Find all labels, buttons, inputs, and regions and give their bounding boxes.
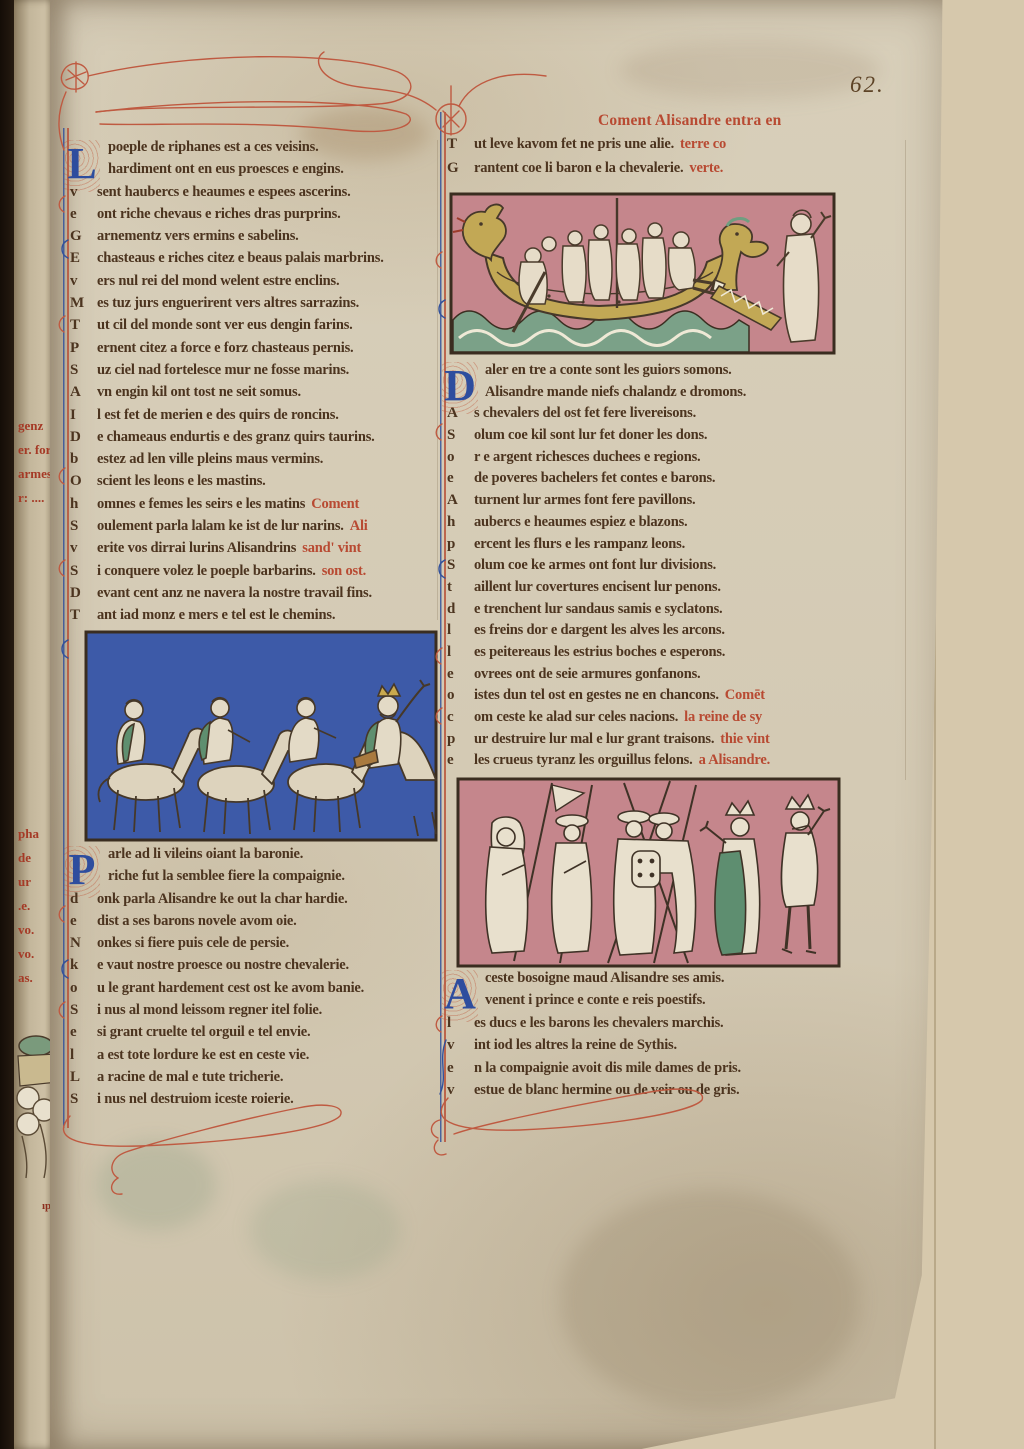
verse-line: v erite vos dirrai lurins Alisandrins sa…: [70, 540, 390, 562]
line-initial: T: [70, 317, 97, 334]
line-text: rantent coe li baron e la chevalerie.: [474, 160, 683, 177]
line-text: scient les leons e les mastins.: [97, 473, 266, 490]
line-rubric: Coment: [311, 496, 359, 513]
verse-line: o istes dun tel ost en gestes ne en chan…: [447, 687, 770, 709]
line-initial: l: [70, 1047, 97, 1064]
line-text: e chameaus endurtis e des granz quirs ta…: [97, 429, 375, 446]
verse-line: p ur destruire lur mal e lur grant trais…: [447, 731, 770, 753]
line-text: n la compaignie avoit dis mile dames de …: [474, 1060, 741, 1077]
line-rubric: son ost.: [322, 563, 366, 580]
line-initial: M: [70, 295, 97, 312]
line-initial: h: [447, 514, 474, 531]
verse-line: ceste bosoigne maud Alisandre ses amis.: [485, 970, 747, 992]
line-text: aubercs e heaumes espiez e blazons.: [474, 514, 687, 531]
line-text: ernent citez a force e forz chasteaus pe…: [97, 340, 353, 357]
line-text: l est fet de merien e des quirs de ronci…: [97, 407, 339, 424]
line-initial: v: [70, 540, 97, 557]
verse-line: l es peitereaus les estrius boches e esp…: [447, 644, 770, 666]
stain: [250, 1180, 400, 1280]
verse-line: e n la compaignie avoit dis mile dames d…: [447, 1060, 747, 1082]
margin-fragment-tiny: ıp: [42, 1200, 51, 1212]
line-initial: e: [447, 666, 474, 683]
line-initial: o: [447, 687, 474, 704]
verse-line: p ercent les flurs e les rampanz leons.: [447, 536, 770, 558]
line-text: poeple de riphanes est a ces veisins.: [108, 139, 319, 156]
miniature-queen-of-scythia: [456, 777, 841, 968]
verse-line: l es freins dor e dargent les alves les …: [447, 622, 770, 644]
verse-line: Alisandre mande niefs chalandz e dromons…: [485, 384, 770, 406]
verse-line: e les crueus tyranz les orguillus felons…: [447, 752, 770, 774]
line-initial: k: [70, 957, 97, 974]
line-initial: v: [447, 1082, 474, 1099]
verse-line: k e vaut nostre proesce ou nostre cheval…: [70, 957, 370, 979]
miniature-horsemen: [84, 630, 438, 842]
line-rubric: thie vint: [720, 731, 769, 748]
line-initial: t: [447, 579, 474, 596]
line-text: es tuz jurs enguerirent vers altres sarr…: [97, 295, 359, 312]
verse-line: l a est tote lordure ke est en ceste vie…: [70, 1047, 370, 1069]
line-initial: v: [70, 273, 97, 290]
verse-line: b estez ad len ville pleins maus vermins…: [70, 451, 390, 473]
line-initial: S: [70, 1091, 97, 1108]
verse-line: S i nus nel destruiom iceste roierie.: [70, 1091, 370, 1113]
line-text: om ceste ke alad sur celes nacions.: [474, 709, 678, 726]
line-initial: D: [70, 585, 97, 602]
verse-line: D e chameaus endurtis e des granz quirs …: [70, 429, 390, 451]
verse-line: arle ad li vileins oiant la baronie.: [108, 846, 370, 868]
line-text: a racine de mal e tute tricherie.: [97, 1069, 283, 1086]
verse-line: A s chevalers del ost fet fere livereiso…: [447, 405, 770, 427]
line-text: olum coe ke armes ont font lur divisions…: [474, 557, 716, 574]
line-initial: L: [70, 1069, 97, 1086]
line-text: onk parla Alisandre ke out la char hardi…: [97, 891, 348, 908]
line-text: es peitereaus les estrius boches e esper…: [474, 644, 725, 661]
line-initial: e: [70, 1024, 97, 1041]
line-rubric: a Alisandre.: [699, 752, 770, 769]
line-text: ercent les flurs e les rampanz leons.: [474, 536, 685, 553]
line-initial: d: [447, 601, 474, 618]
verse-line: h omnes e femes les seirs e les matins C…: [70, 496, 390, 518]
line-initial: O: [70, 473, 97, 490]
line-text: i conquere volez le poeple barbarins.: [97, 563, 316, 580]
line-initial: e: [447, 752, 474, 769]
verse-line: d onk parla Alisandre ke out la char har…: [70, 891, 370, 913]
line-text: arnementz vers ermins e sabelins.: [97, 228, 299, 245]
line-initial: T: [447, 136, 474, 153]
line-text: i nus al mond leissom regner itel folie.: [97, 1002, 322, 1019]
verse-line: S oulement parla lalam ke ist de lur nar…: [70, 518, 390, 540]
verse-line: S i conquere volez le poeple barbarins. …: [70, 563, 390, 585]
verse-line: G rantent coe li baron e la chevalerie. …: [447, 160, 726, 184]
verse-line: S olum coe kil sont lur fet doner les do…: [447, 427, 770, 449]
line-initial: S: [70, 563, 97, 580]
line-initial: A: [447, 405, 474, 422]
line-initial: l: [447, 1015, 474, 1032]
line-text: uz ciel nad fortelesce mur ne fosse mari…: [97, 362, 349, 379]
verse-line: poeple de riphanes est a ces veisins.: [108, 139, 390, 161]
line-text: vn engin kil ont tost ne seit somus.: [97, 384, 301, 401]
line-initial: A: [447, 492, 474, 509]
column-guide: [905, 140, 906, 780]
verse-block-left-2: arle ad li vileins oiant la baronie. ric…: [70, 846, 370, 1114]
line-initial: G: [447, 160, 474, 177]
line-initial: S: [70, 1002, 97, 1019]
stain: [560, 1190, 860, 1410]
line-text: ur destruire lur mal e lur grant traison…: [474, 731, 714, 748]
stain: [620, 40, 880, 100]
line-initial: e: [70, 913, 97, 930]
verse-line: S i nus al mond leissom regner itel foli…: [70, 1002, 370, 1024]
verse-line: S uz ciel nad fortelesce mur ne fosse ma…: [70, 362, 390, 384]
line-text: ovrees ont de seie armures gonfanons.: [474, 666, 700, 683]
verse-line: o r e argent richesces duchees e regions…: [447, 449, 770, 471]
line-initial: S: [447, 427, 474, 444]
lady-with-pennon: [486, 817, 528, 953]
line-text: ant iad monz e mers e tel est le chemins…: [97, 607, 335, 624]
line-text: e vaut nostre proesce ou nostre chevaler…: [97, 957, 349, 974]
verse-line: e dist a ses barons novele avom oie.: [70, 913, 370, 935]
verse-line: I l est fet de merien e des quirs de ron…: [70, 407, 390, 429]
line-text: erite vos dirrai lurins Alisandrins: [97, 540, 296, 557]
line-initial: c: [447, 709, 474, 726]
verse-line: venent i prince e conte e reis poestifs.: [485, 992, 747, 1014]
verse-line: c om ceste ke alad sur celes nacions. la…: [447, 709, 770, 731]
line-text: sent haubercs e heaumes e espees ascerin…: [97, 184, 351, 201]
line-text: ut cil del monde sont ver eus dengin far…: [97, 317, 353, 334]
verse-line: M es tuz jurs enguerirent vers altres sa…: [70, 295, 390, 317]
line-text: aillent lur covertures encisent lur peno…: [474, 579, 721, 596]
verse-line: T ut leve kavom fet ne pris une alie. te…: [447, 136, 726, 160]
line-initial: l: [447, 644, 474, 661]
verse-line: N onkes si fiere puis cele de persie.: [70, 935, 370, 957]
line-rubric: terre co: [680, 136, 726, 153]
verse-line: L a racine de mal e tute tricherie.: [70, 1069, 370, 1091]
stain: [96, 1140, 216, 1230]
line-text: evant cent anz ne navera la nostre trava…: [97, 585, 372, 602]
line-text: ont riche chevaus e riches dras purprins…: [97, 206, 341, 223]
line-initial: S: [70, 518, 97, 535]
verse-line: o u le grant hardement cest ost ke avom …: [70, 980, 370, 1002]
line-initial: p: [447, 536, 474, 553]
line-initial: e: [447, 470, 474, 487]
line-initial: d: [70, 891, 97, 908]
line-text: es freins dor e dargent les alves les ar…: [474, 622, 725, 639]
left-column-ruling: [63, 128, 69, 1128]
line-text: arle ad li vileins oiant la baronie.: [108, 846, 303, 863]
line-text: int iod les altres la reine de Sythis.: [474, 1037, 677, 1054]
manuscript-page-scan: genzer. forarmesr: .... phadeur.e.vo.vo.…: [0, 0, 1024, 1449]
line-initial: l: [447, 622, 474, 639]
line-initial: N: [70, 935, 97, 952]
verse-line: A turnent lur armes font fere pavillons.: [447, 492, 770, 514]
line-text: r e argent richesces duchees e regions.: [474, 449, 700, 466]
line-text: hardiment ont en eus proesces e engins.: [108, 161, 344, 178]
miniature-ship-scene: [449, 192, 836, 355]
line-rubric: la reine de sy: [684, 709, 762, 726]
line-text: Alisandre mande niefs chalandz e dromons…: [485, 384, 746, 401]
line-text: si grant cruelte tel orguil e tel envie.: [97, 1024, 310, 1041]
line-initial: D: [70, 429, 97, 446]
line-text: omnes e femes les seirs e les matins: [97, 496, 305, 513]
line-text: dist a ses barons novele avom oie.: [97, 913, 297, 930]
line-initial: e: [70, 206, 97, 223]
line-initial: p: [447, 731, 474, 748]
line-text: estez ad len ville pleins maus vermins.: [97, 451, 323, 468]
line-text: olum coe kil sont lur fet doner les dons…: [474, 427, 707, 444]
line-text: estue de blanc hermine ou de veir ou de …: [474, 1082, 739, 1099]
verse-line: E chasteaus e riches citez e beaus palai…: [70, 250, 390, 272]
verse-line: v sent haubercs e heaumes e espees ascer…: [70, 184, 390, 206]
verse-line: v int iod les altres la reine de Sythis.: [447, 1037, 747, 1059]
line-text: venent i prince e conte e reis poestifs.: [485, 992, 705, 1009]
verse-line: e si grant cruelte tel orguil e tel envi…: [70, 1024, 370, 1046]
line-text: e trenchent lur sandaus samis e syclaton…: [474, 601, 722, 618]
verse-line: t aillent lur covertures encisent lur pe…: [447, 579, 770, 601]
column-guide: [437, 140, 438, 620]
line-text: onkes si fiere puis cele de persie.: [97, 935, 289, 952]
verse-line: S olum coe ke armes ont font lur divisio…: [447, 557, 770, 579]
line-text: de poveres bachelers fet contes e barons…: [474, 470, 715, 487]
verse-line: P ernent citez a force e forz chasteaus …: [70, 340, 390, 362]
line-initial: T: [70, 607, 97, 624]
verse-line: aler en tre a conte sont les guiors somo…: [485, 362, 770, 384]
line-text: turnent lur armes font fere pavillons.: [474, 492, 695, 509]
verse-line: riche fut la semblee fiere la compaignie…: [108, 868, 370, 890]
line-text: es ducs e les barons les chevalers march…: [474, 1015, 723, 1032]
verse-line: hardiment ont en eus proesces e engins.: [108, 161, 390, 183]
verse-line: h aubercs e heaumes espiez e blazons.: [447, 514, 770, 536]
chapter-rubric: Coment Alisandre entra en: [598, 112, 781, 130]
line-initial: v: [447, 1037, 474, 1054]
line-rubric: sand' vint: [302, 540, 361, 557]
line-text: ceste bosoigne maud Alisandre ses amis.: [485, 970, 724, 987]
line-text: oulement parla lalam ke ist de lur narin…: [97, 518, 344, 535]
line-rubric: Ali: [350, 518, 368, 535]
line-text: les crueus tyranz les orguillus felons.: [474, 752, 693, 769]
line-initial: S: [70, 362, 97, 379]
verse-block-left-1: poeple de riphanes est a ces veisins. ha…: [70, 139, 390, 630]
line-initial: E: [70, 250, 97, 267]
line-text: ers nul rei del mond welent estre enclin…: [97, 273, 339, 290]
verse-line: G arnementz vers ermins e sabelins.: [70, 228, 390, 250]
line-rubric: verte.: [689, 160, 723, 177]
line-text: i nus nel destruiom iceste roierie.: [97, 1091, 294, 1108]
line-text: u le grant hardement cest ost ke avom ba…: [97, 980, 364, 997]
verse-line: T ant iad monz e mers e tel est le chemi…: [70, 607, 390, 629]
line-initial: b: [70, 451, 97, 468]
verse-line: T ut cil del monde sont ver eus dengin f…: [70, 317, 390, 339]
line-initial: I: [70, 407, 97, 424]
line-text: ut leve kavom fet ne pris une alie.: [474, 136, 674, 153]
verse-block-right-3: ceste bosoigne maud Alisandre ses amis. …: [447, 970, 747, 1104]
verse-line: A vn engin kil ont tost ne seit somus.: [70, 384, 390, 406]
folio-number: 62.: [850, 72, 885, 98]
verse-line: D evant cent anz ne navera la nostre tra…: [70, 585, 390, 607]
line-initial: P: [70, 340, 97, 357]
line-initial: h: [70, 496, 97, 513]
verse-line: e ont riche chevaus e riches dras purpri…: [70, 206, 390, 228]
line-text: s chevalers del ost fet fere livereisons…: [474, 405, 696, 422]
line-text: istes dun tel ost en gestes ne en chanco…: [474, 687, 719, 704]
verse-block-right-2: aler en tre a conte sont les guiors somo…: [447, 362, 770, 774]
line-initial: A: [70, 384, 97, 401]
verse-block-right-1: T ut leve kavom fet ne pris une alie. te…: [447, 136, 726, 183]
verse-line: v ers nul rei del mond welent estre encl…: [70, 273, 390, 295]
line-initial: S: [447, 557, 474, 574]
line-text: a est tote lordure ke est en ceste vie.: [97, 1047, 309, 1064]
verse-line: d e trenchent lur sandaus samis e syclat…: [447, 601, 770, 623]
verse-line: O scient les leons e les mastins.: [70, 473, 390, 495]
line-initial: o: [447, 449, 474, 466]
line-initial: o: [70, 980, 97, 997]
line-initial: v: [70, 184, 97, 201]
verse-line: e de poveres bachelers fet contes e baro…: [447, 470, 770, 492]
line-initial: e: [447, 1060, 474, 1077]
line-rubric: Comēt: [725, 687, 765, 704]
verse-line: v estue de blanc hermine ou de veir ou d…: [447, 1082, 747, 1104]
verse-line: e ovrees ont de seie armures gonfanons.: [447, 666, 770, 688]
verse-line: l es ducs e les barons les chevalers mar…: [447, 1015, 747, 1037]
line-initial: G: [70, 228, 97, 245]
line-text: riche fut la semblee fiere la compaignie…: [108, 868, 345, 885]
line-text: aler en tre a conte sont les guiors somo…: [485, 362, 732, 379]
line-text: chasteaus e riches citez e beaus palais …: [97, 250, 384, 267]
